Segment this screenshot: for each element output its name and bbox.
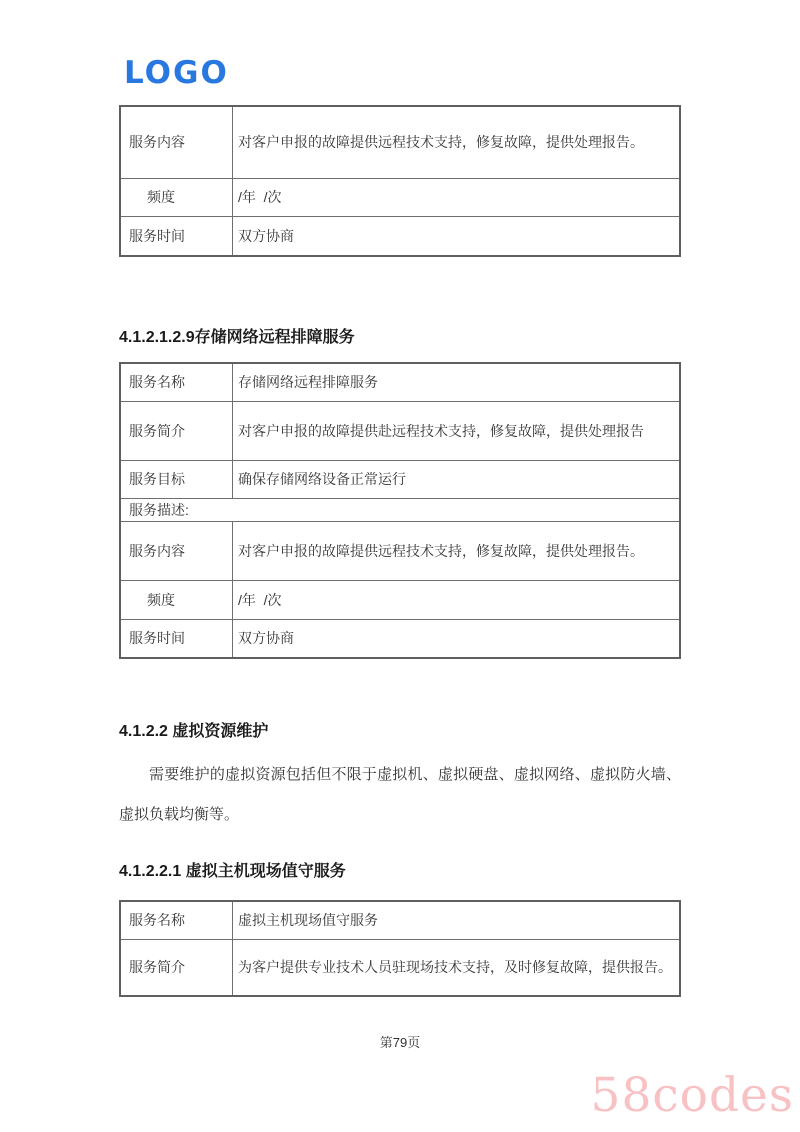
row-value: 确保存储网络设备正常运行: [233, 460, 681, 498]
watermark: 58codes: [591, 1068, 794, 1123]
row-label: 服务名称: [120, 901, 233, 939]
row-value: 为客户提供专业技术人员驻现场技术支持，及时修复故障，提供报告。: [233, 939, 681, 996]
table-row: 服务内容 对客户申报的故障提供远程技术支持，修复故障，提供处理报告。: [120, 106, 680, 178]
table-row: 服务简介 对客户申报的故障提供赴远程技术支持，修复故障，提供处理报告: [120, 401, 680, 460]
heading-vm-onsite-service: 4.1.2.2.1 虚拟主机现场值守服务: [119, 858, 346, 881]
table-row-merged: 服务描述:: [120, 498, 680, 521]
table-row: 服务内容 对客户申报的故障提供远程技术支持，修复故障，提供处理报告。: [120, 521, 680, 580]
service-table-storage: 服务名称 存储网络远程排障服务 服务简介 对客户申报的故障提供赴远程技术支持，修…: [119, 362, 681, 659]
table-row: 服务目标 确保存储网络设备正常运行: [120, 460, 680, 498]
table-row: 服务时间 双方协商: [120, 619, 680, 658]
table-row: 频度 /年 /次: [120, 178, 680, 216]
row-label: 服务简介: [120, 401, 233, 460]
paragraph-virtual-resource: 需要维护的虚拟资源包括但不限于虚拟机、虚拟硬盘、虚拟网络、虚拟防火墙、虚拟负载均…: [119, 755, 681, 835]
service-table-top: 服务内容 对客户申报的故障提供远程技术支持，修复故障，提供处理报告。 频度 /年…: [119, 105, 681, 257]
heading-storage-remote-service: 4.1.2.1.2.9存储网络远程排障服务: [119, 324, 355, 347]
row-value: 对客户申报的故障提供赴远程技术支持，修复故障，提供处理报告: [233, 401, 681, 460]
row-label: 服务描述:: [120, 498, 680, 521]
row-label: 服务内容: [120, 106, 233, 178]
logo: LOGO: [124, 55, 229, 91]
row-value: 对客户申报的故障提供远程技术支持，修复故障，提供处理报告。: [233, 521, 681, 580]
row-label: 频度: [120, 580, 233, 619]
row-value: 存储网络远程排障服务: [233, 363, 681, 401]
table-row: 频度 /年 /次: [120, 580, 680, 619]
row-label: 服务时间: [120, 216, 233, 256]
row-value: 对客户申报的故障提供远程技术支持，修复故障，提供处理报告。: [233, 106, 681, 178]
table-row: 服务时间 双方协商: [120, 216, 680, 256]
row-value: 双方协商: [233, 619, 681, 658]
row-label: 服务名称: [120, 363, 233, 401]
row-value: 双方协商: [233, 216, 681, 256]
row-value: /年 /次: [233, 580, 681, 619]
heading-virtual-resource: 4.1.2.2 虚拟资源维护: [119, 718, 268, 741]
table-row: 服务名称 存储网络远程排障服务: [120, 363, 680, 401]
row-label: 服务内容: [120, 521, 233, 580]
row-value: 虚拟主机现场值守服务: [233, 901, 681, 939]
row-label: 服务时间: [120, 619, 233, 658]
row-label: 服务目标: [120, 460, 233, 498]
page-number: 第79页: [0, 1032, 800, 1051]
service-table-vm-onsite: 服务名称 虚拟主机现场值守服务 服务简介 为客户提供专业技术人员驻现场技术支持，…: [119, 900, 681, 997]
row-value: /年 /次: [233, 178, 681, 216]
table-row: 服务简介 为客户提供专业技术人员驻现场技术支持，及时修复故障，提供报告。: [120, 939, 680, 996]
table-row: 服务名称 虚拟主机现场值守服务: [120, 901, 680, 939]
row-label: 频度: [120, 178, 233, 216]
row-label: 服务简介: [120, 939, 233, 996]
